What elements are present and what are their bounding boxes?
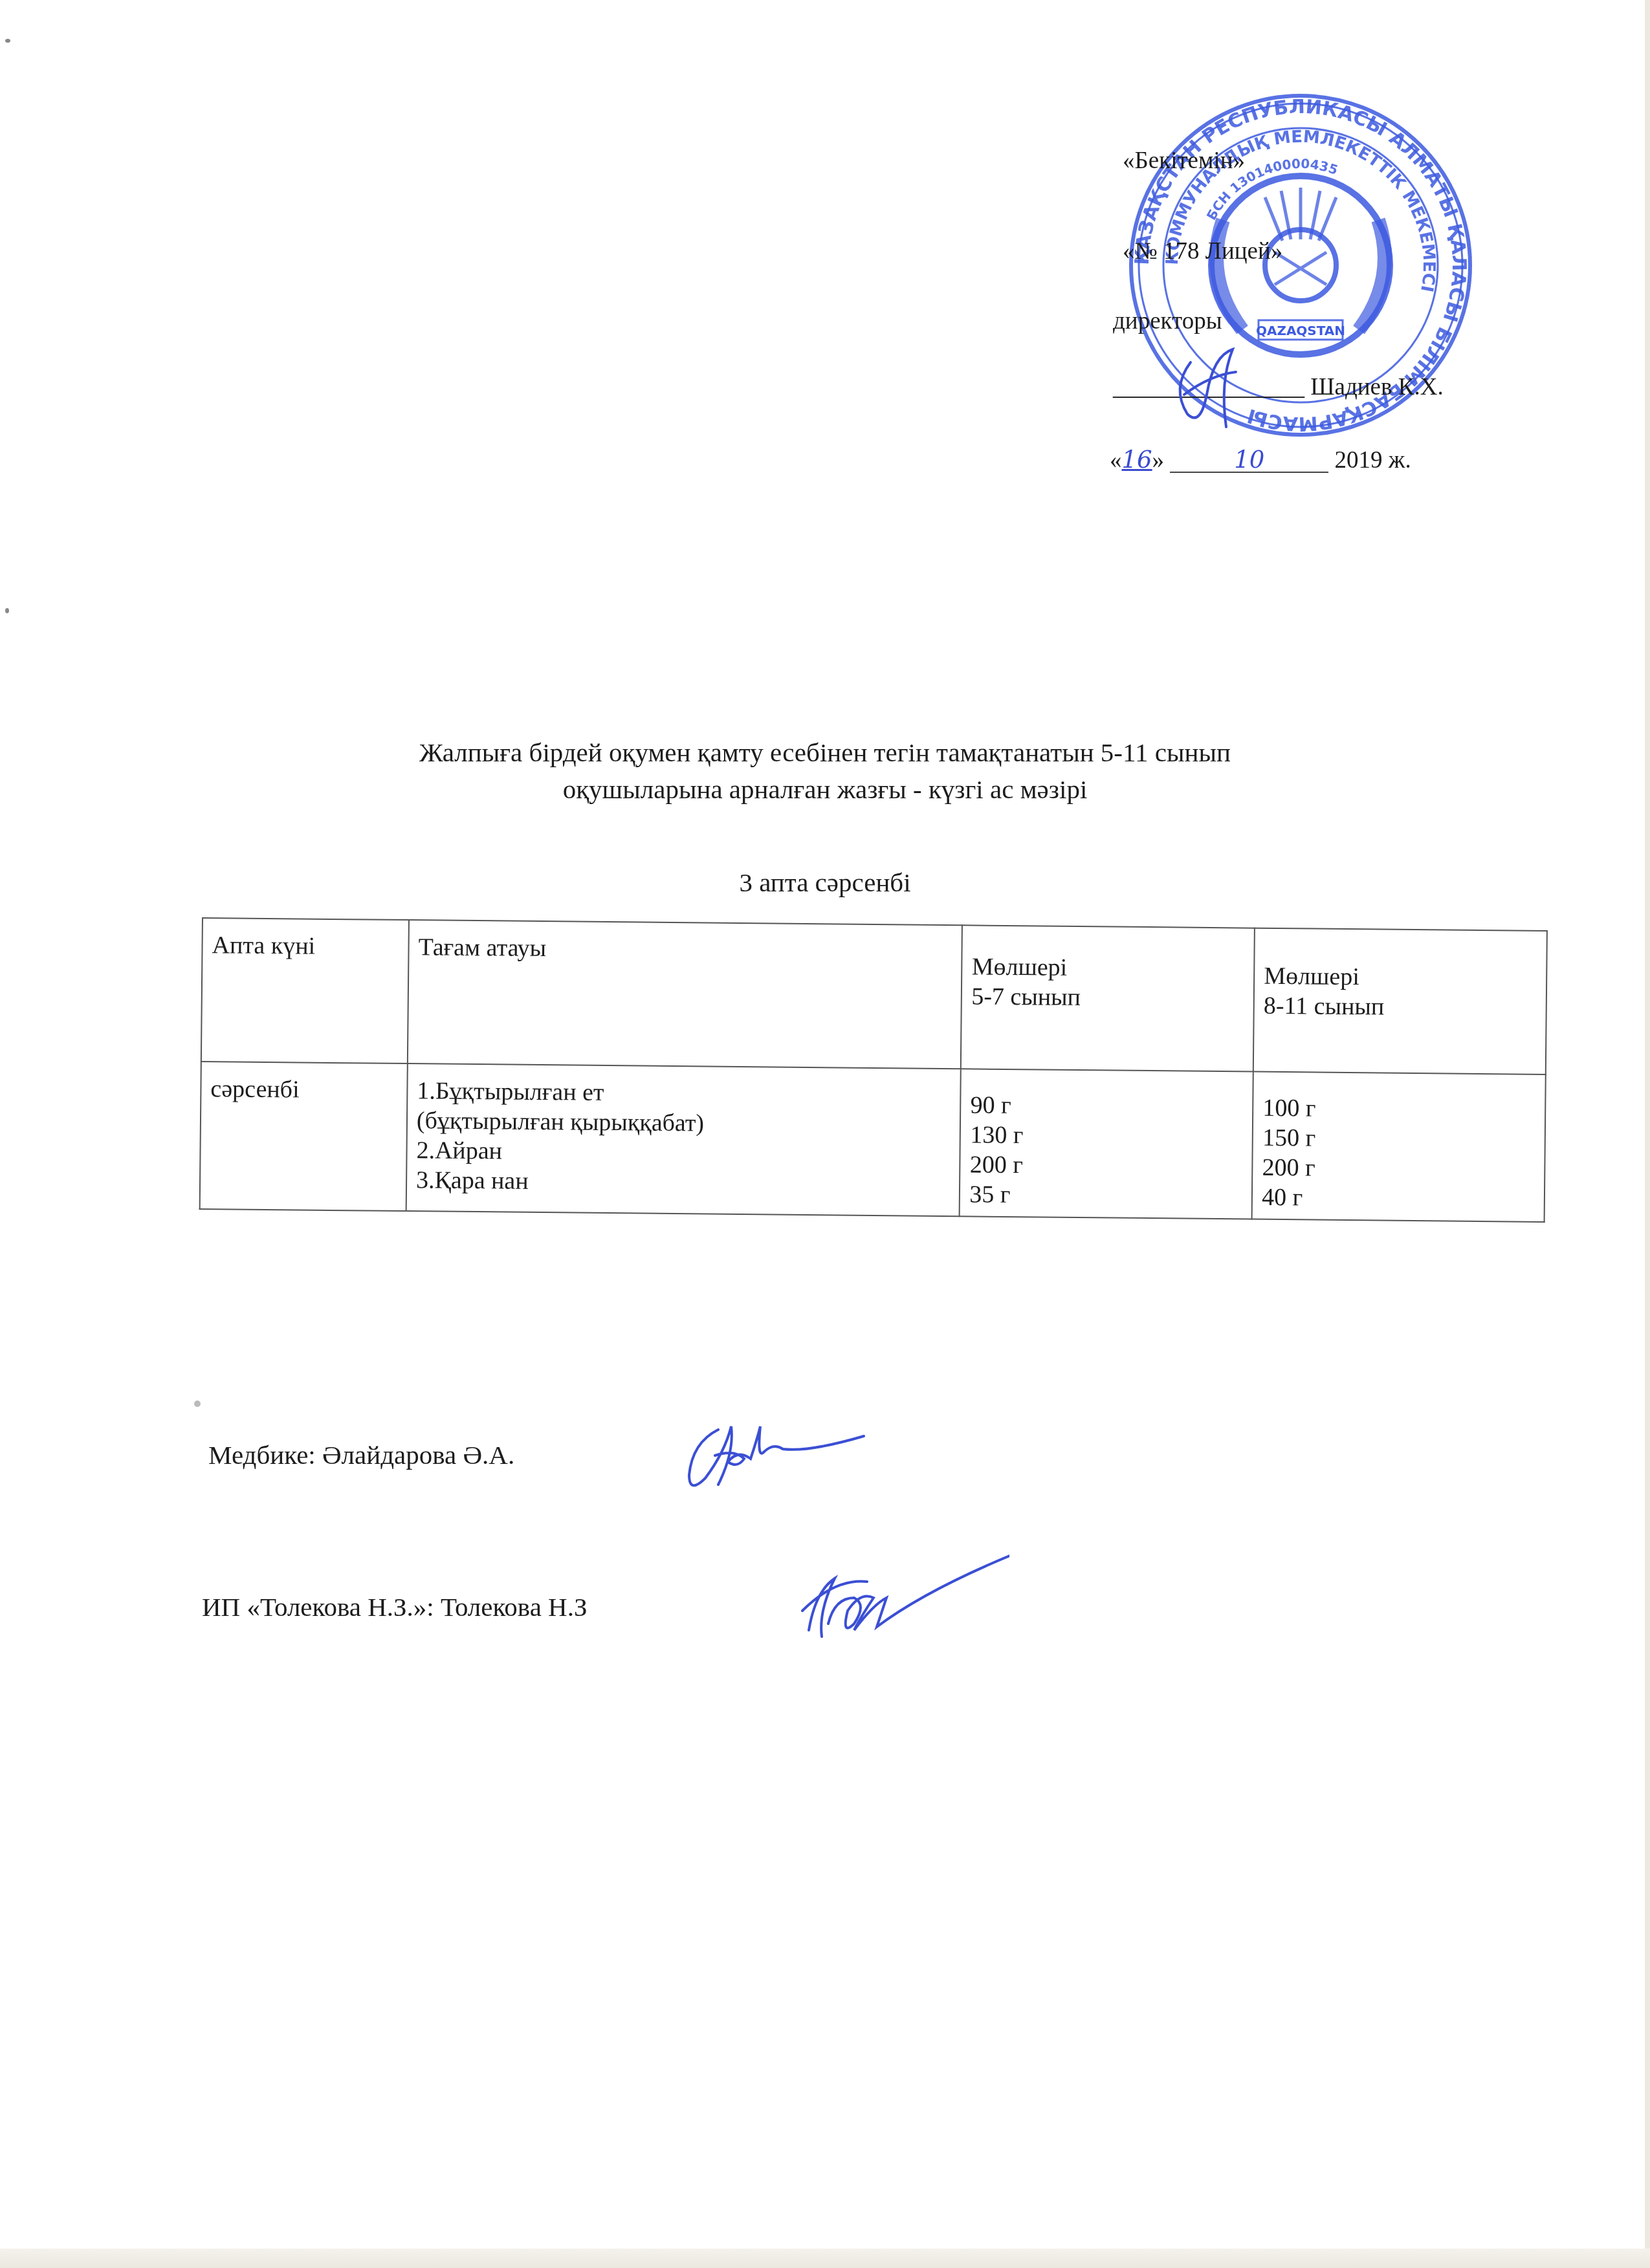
scan-edge xyxy=(0,2249,1650,2268)
menu-table: Апта күні Тағам атауы Мөлшері5-7 сынып М… xyxy=(199,917,1548,1223)
header-qty-8-11: Мөлшері8-11 сынып xyxy=(1253,928,1547,1074)
date-month: 10 xyxy=(1170,448,1328,473)
approval-organization: «№ 178 Лицей» xyxy=(1123,239,1282,263)
table-header-row: Апта күні Тағам атауы Мөлшері5-7 сынып М… xyxy=(201,918,1547,1074)
header-dish: Тағам атауы xyxy=(408,920,963,1069)
approval-signature-line: ________________ Шадиев К.Х. xyxy=(1113,375,1444,399)
document-subtitle: 3 апта сәрсенбі xyxy=(194,867,1456,898)
approval-date: «16» 10 2019 ж. xyxy=(1110,448,1411,473)
scan-edge xyxy=(1645,0,1650,2268)
header-qty-5-7: Мөлшері5-7 сынып xyxy=(961,925,1255,1071)
svg-text:QAZAQSTAN: QAZAQSTAN xyxy=(1256,323,1345,338)
title-line: оқушыларына арналған жазғы - күзгі ас мә… xyxy=(194,771,1456,808)
date-year: 2019 ж. xyxy=(1335,447,1411,474)
date-day: 16 xyxy=(1122,446,1152,474)
document-title: Жалпыға бірдей оқумен қамту есебінен тег… xyxy=(194,734,1456,808)
director-signature-icon xyxy=(1165,323,1262,440)
director-name: Шадиев К.Х. xyxy=(1310,374,1443,400)
scan-speck xyxy=(194,1401,201,1407)
cell-day: сәрсенбі xyxy=(200,1062,408,1211)
cell-qty-8-11: 100 г 150 г 200 г 40 г xyxy=(1252,1072,1546,1222)
nurse-signature-icon xyxy=(679,1417,899,1501)
title-line: Жалпыға бірдей оқумен қамту есебінен тег… xyxy=(194,734,1456,771)
supplier-signature-icon xyxy=(796,1553,1009,1663)
cell-dishes: 1.Бұқтырылған ет (бұқтырылған қырыққабат… xyxy=(406,1063,962,1216)
scan-speck xyxy=(5,39,10,43)
supplier-signature-label: ИП «Толекова Н.З.»: Толекова Н.З xyxy=(202,1591,588,1622)
nurse-signature-label: Медбике: Әлайдарова Ә.А. xyxy=(208,1439,514,1470)
approval-label: «Бекітемін» xyxy=(1123,149,1245,173)
cell-qty-5-7: 90 г 130 г 200 г 35 г xyxy=(960,1069,1253,1219)
header-day: Апта күні xyxy=(201,918,409,1063)
table-row: сәрсенбі 1.Бұқтырылған ет (бұқтырылған қ… xyxy=(200,1062,1546,1222)
scan-speck xyxy=(5,608,9,613)
